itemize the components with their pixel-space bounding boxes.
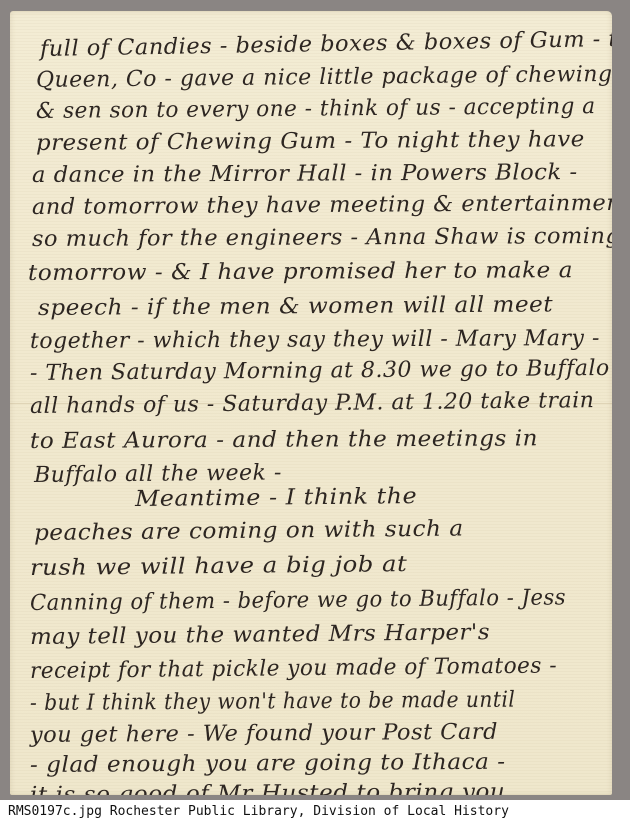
- letter-page: full of Candies - beside boxes & boxes o…: [10, 11, 612, 795]
- handwritten-line: so much for the engineers - Anna Shaw is…: [32, 224, 612, 252]
- handwritten-line: Meantime - I think the: [135, 484, 417, 512]
- handwritten-line: rush we will have a big job at: [30, 552, 408, 581]
- handwritten-line: to East Aurora - and then the meetings i…: [30, 426, 538, 454]
- handwritten-line: a dance in the Mirror Hall - in Powers B…: [32, 160, 578, 188]
- handwritten-line: Buffalo all the week -: [34, 460, 282, 488]
- image-caption: RMS0197c.jpg Rochester Public Library, D…: [8, 804, 509, 819]
- handwritten-line: & sen son to every one - think of us - a…: [36, 94, 596, 124]
- handwritten-line: together - which they say they will - Ma…: [30, 326, 600, 354]
- handwritten-line: and tomorrow they have meeting & enterta…: [32, 191, 612, 220]
- handwritten-line: - Then Saturday Morning at 8.30 we go to…: [30, 356, 612, 386]
- handwritten-line: may tell you the wanted Mrs Harper's: [30, 620, 490, 650]
- handwritten-line: all hands of us - Saturday P.M. at 1.20 …: [30, 388, 595, 419]
- handwritten-line: tomorrow - & I have promised her to make…: [28, 258, 573, 286]
- handwritten-line: speech - if the men & women will all mee…: [38, 292, 553, 321]
- handwritten-line: receipt for that pickle you made of Toma…: [30, 653, 557, 684]
- handwritten-line: - but I think they won't have to be made…: [30, 688, 516, 716]
- handwritten-line: - glad enough you are going to Ithaca -: [30, 750, 506, 778]
- handwritten-line: full of Candies - beside boxes & boxes o…: [40, 26, 612, 62]
- handwritten-line: Queen, Co - gave a nice little package o…: [36, 61, 612, 93]
- handwritten-line: peaches are coming on with such a: [34, 517, 464, 546]
- handwritten-line: Canning of them - before we go to Buffal…: [30, 585, 566, 616]
- handwritten-line: it is so good of Mr Husted to bring you: [30, 780, 505, 795]
- handwritten-line: present of Chewing Gum - To night they h…: [36, 127, 585, 156]
- scanned-page-frame: full of Candies - beside boxes & boxes o…: [0, 0, 630, 800]
- handwritten-line: you get here - We found your Post Card: [30, 720, 498, 748]
